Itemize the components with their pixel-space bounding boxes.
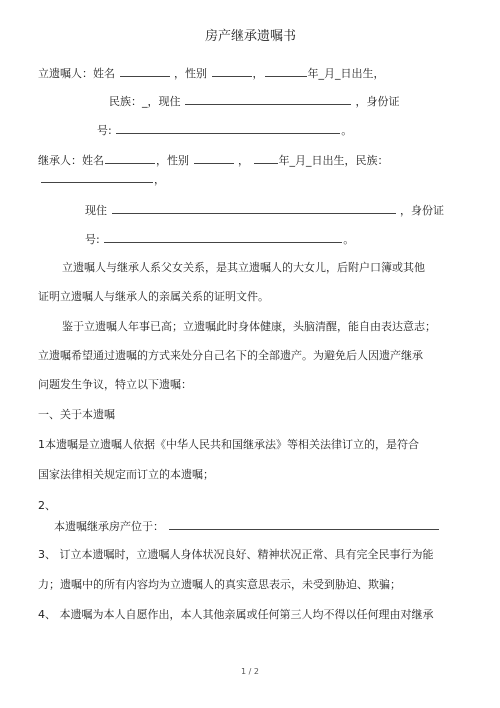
testator-id-no-label: 号: (97, 124, 112, 137)
item-2-line: 本遗嘱继承房产位于： (54, 518, 440, 532)
testator-line-2: 民族：_，现住 ，身份证 (109, 93, 400, 107)
paragraph-intent-3: 问题发生争议，特立以下遗嘱： (38, 378, 192, 392)
paragraph-relationship-1: 立遗嘱人与继承人系父女关系，是其立遗嘱人的大女儿，后附户口簿或其他 (62, 261, 425, 275)
heir-ethnic-blank[interactable] (41, 171, 153, 183)
heir-gender-blank[interactable] (194, 152, 234, 164)
heir-line-1: 继承人：姓名，性别 ， 年_月_日出生，民族： (38, 152, 389, 166)
item-3-line-1: 3、 订立本遗嘱时，立遗嘱人身体状况良好、精神状况正常、具有完全民事行为能 (38, 548, 434, 562)
heir-id-no-label: 号: (85, 233, 100, 246)
testator-name-label: 立遗嘱人：姓名 (38, 67, 115, 80)
section-1-heading: 一、关于本遗嘱 (38, 408, 115, 422)
heir-id-label: ，身份证 (400, 204, 444, 217)
paragraph-intent-2: 立遗嘱希望通过遗嘱的方式来处分自己名下的全部遗产。为避免后人因遗产继承 (38, 349, 423, 363)
heir-id-blank[interactable] (104, 231, 342, 243)
property-location-blank[interactable] (169, 518, 439, 530)
testator-birth-year-blank[interactable] (265, 65, 307, 77)
testator-line-3: 号: 。 (97, 122, 352, 136)
item-2-number: 2、 (38, 499, 56, 513)
testator-name-blank[interactable] (120, 65, 170, 77)
heir-line-2: ， (40, 171, 165, 185)
heir-line-3: 现住 ，身份证 (85, 202, 444, 216)
property-location-label: 本遗嘱继承房产位于： (54, 520, 164, 533)
document-title: 房产继承遗嘱书 (205, 30, 296, 44)
page-indicator: 1 / 2 (241, 665, 259, 679)
item-3-line-2: 力；遗嘱中的所有内容均为立遗嘱人的真实意思表示，未受到胁迫、欺骗； (38, 578, 401, 592)
heir-birth-year-blank[interactable] (254, 152, 278, 164)
heir-name-label: 继承人：姓名 (38, 154, 104, 167)
testator-address-blank[interactable] (185, 93, 351, 105)
heir-birth-label: 年_月_日出生，民族： (279, 154, 389, 167)
item-4-line-1: 4、 本遗嘱为本人自愿作出，本人其他亲属或任何第三人均不得以任何理由对继承 (38, 608, 434, 622)
testator-line-1: 立遗嘱人：姓名 ，性别 ，年_月_日出生， (38, 65, 385, 79)
testator-id-label: ，身份证 (356, 95, 400, 108)
paragraph-intent-1: 鉴于立遗嘱人年事已高；立遗嘱此时身体健康，头脑清醒，能自由表达意志； (62, 320, 436, 334)
heir-address-blank[interactable] (112, 202, 396, 214)
item-1-line-2: 国家法律相关规定而订立的本遗嘱； (38, 468, 214, 482)
heir-gender-label: ，性别 (156, 154, 189, 167)
period: 。 (343, 233, 354, 246)
heir-address-label: 现住 (85, 204, 107, 217)
testator-birth-label: 年_月_日出生， (308, 67, 385, 80)
heir-name-blank[interactable] (105, 152, 155, 164)
comma: ， (154, 173, 165, 186)
testator-ethnic-label: 民族：_，现住 (109, 95, 181, 108)
item-1-line-1: 1本遗嘱是立遗嘱人依据《中华人民共和国继承法》等相关法律订立的，是符合 (38, 438, 419, 452)
period: 。 (341, 124, 352, 137)
testator-gender-blank[interactable] (212, 65, 252, 77)
separator: ， (238, 154, 249, 167)
separator: ， (253, 67, 264, 80)
paragraph-relationship-2: 证明立遗嘱人与继承人的亲属关系的证明文件。 (38, 290, 269, 304)
heir-line-4: 号: 。 (85, 231, 354, 245)
testator-id-blank[interactable] (116, 122, 340, 134)
testator-gender-label: ，性别 (174, 67, 207, 80)
